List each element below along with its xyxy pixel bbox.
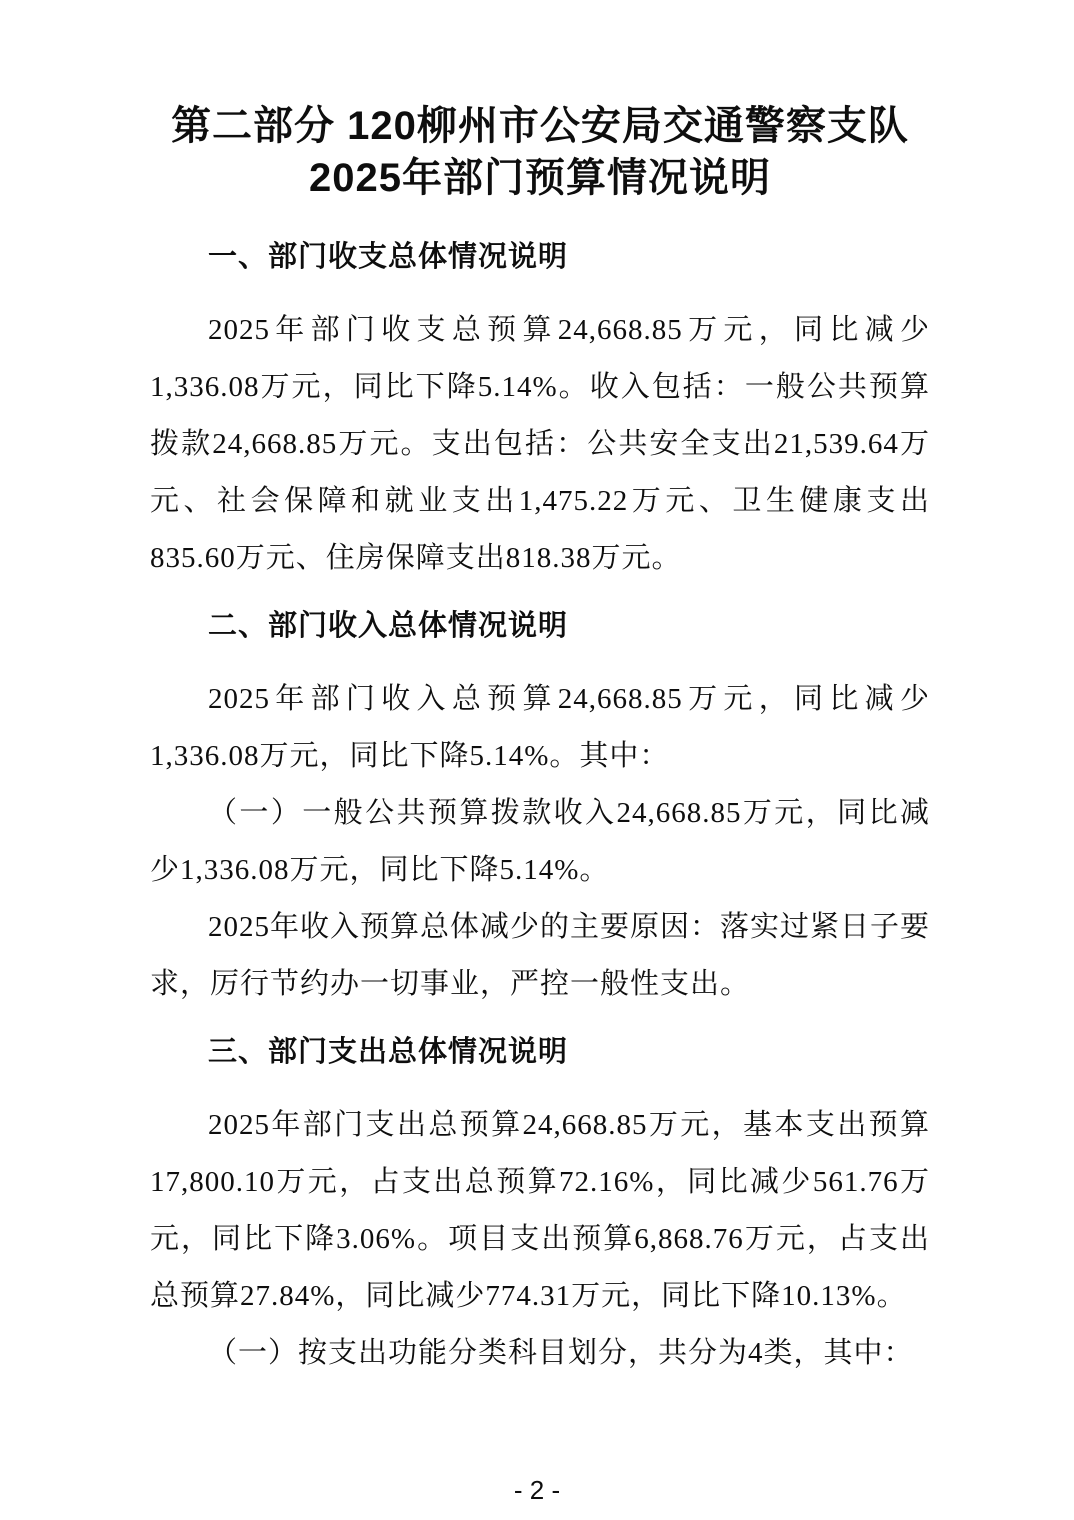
document-title-line-2: 2025年部门预算情况说明 [150,152,930,204]
paragraph-expenditure-classification: （一）按支出功能分类科目划分，共分为4类，其中： [150,1325,930,1382]
section-heading-expenditure-overview: 三、部门支出总体情况说明 [208,1035,930,1069]
document-title-line-1: 第二部分 120柳州市公安局交通警察支队 [150,100,930,152]
page-number: - 2 - [0,1475,1074,1506]
paragraph-budget-overview: 2025年部门收支总预算24,668.85万元，同比减少1,336.08万元，同… [150,302,930,587]
paragraph-income-total: 2025年部门收入总预算24,668.85万元，同比减少1,336.08万元，同… [150,671,930,785]
paragraph-expenditure-total: 2025年部门支出总预算24,668.85万元，基本支出预算17,800.10万… [150,1097,930,1325]
paragraph-income-public-budget: （一）一般公共预算拨款收入24,668.85万元，同比减少1,336.08万元，… [150,785,930,899]
section-heading-income-overview: 二、部门收入总体情况说明 [208,609,930,643]
document-page: 第二部分 120柳州市公安局交通警察支队 2025年部门预算情况说明 一、部门收… [0,0,1074,1520]
document-title: 第二部分 120柳州市公安局交通警察支队 2025年部门预算情况说明 [150,100,930,204]
section-heading-income-expenditure-overview: 一、部门收支总体情况说明 [208,240,930,274]
paragraph-income-decrease-reason: 2025年收入预算总体减少的主要原因：落实过紧日子要求，厉行节约办一切事业，严控… [150,899,930,1013]
